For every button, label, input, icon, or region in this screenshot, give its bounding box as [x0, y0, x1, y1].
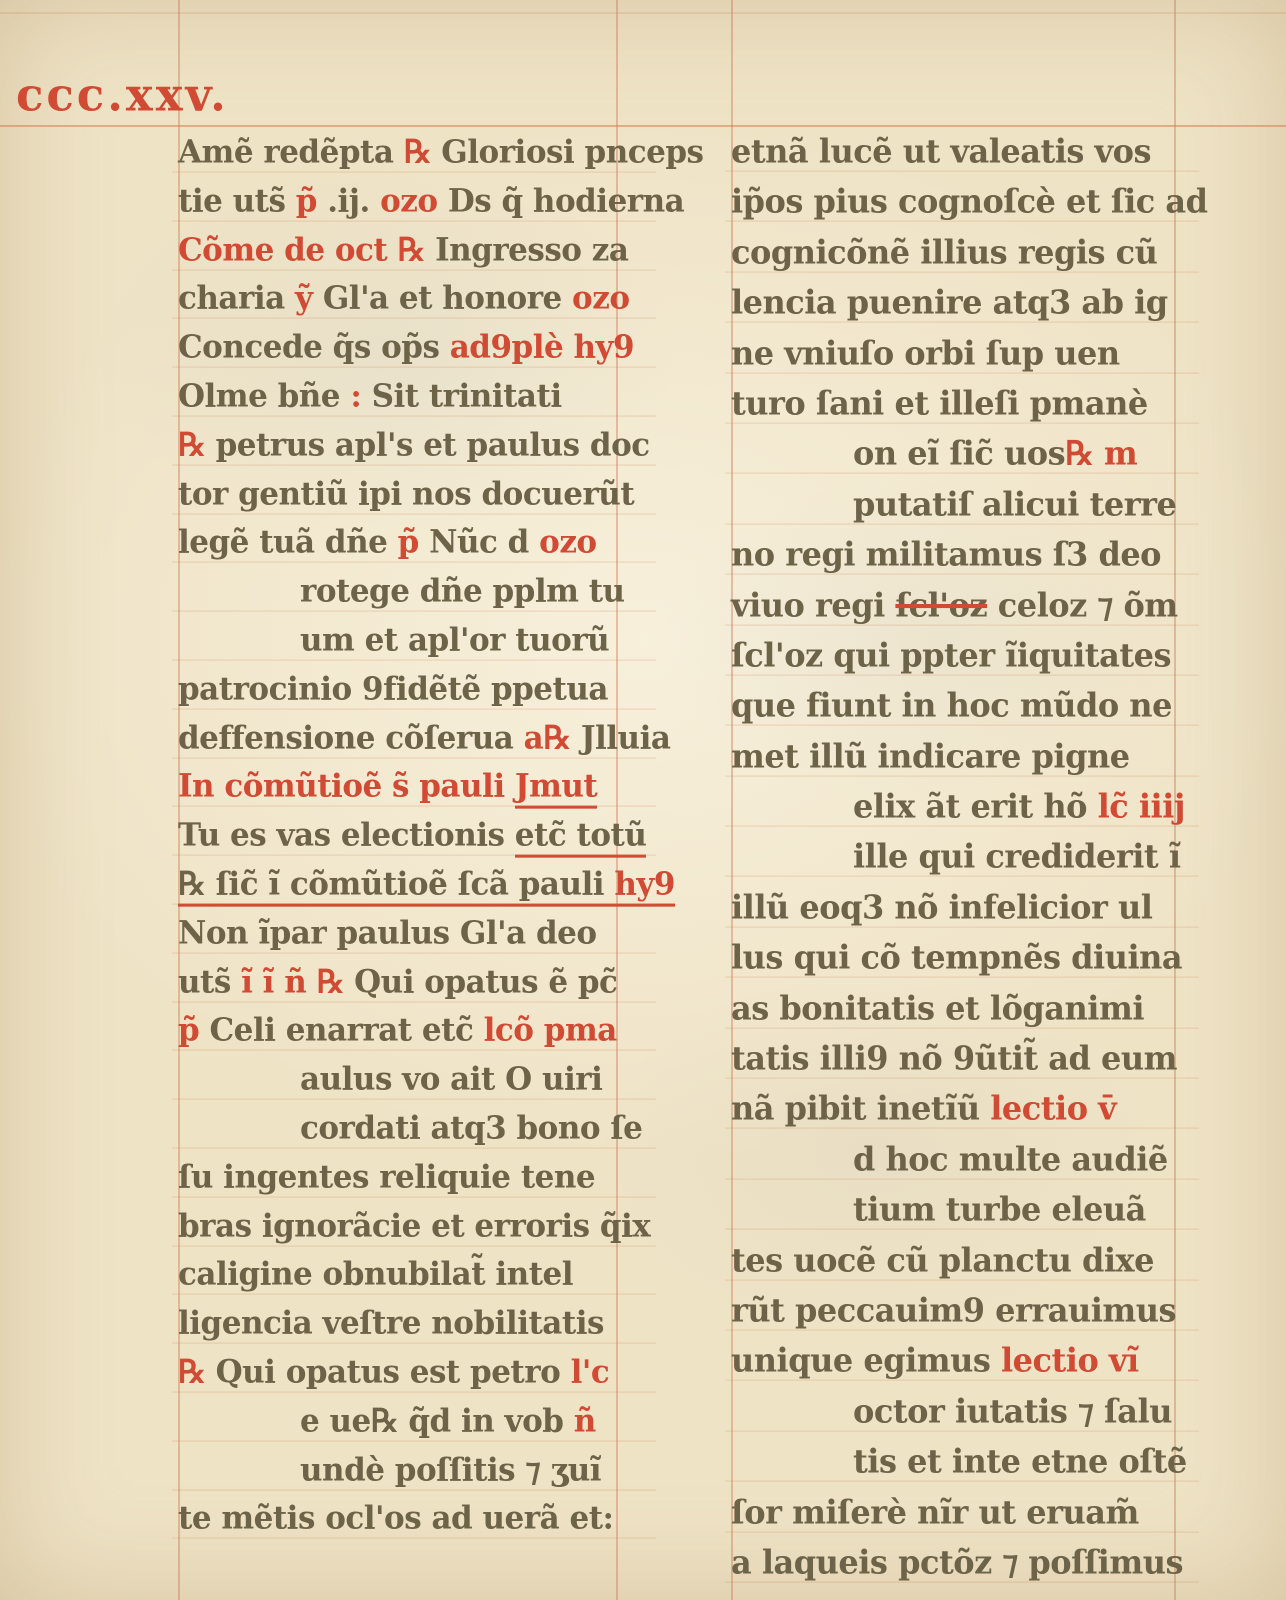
manuscript-page: ccc.xxv. Amẽ redẽpta ℞ Gloriosi pncepsti…	[0, 0, 1286, 1600]
body-text: bras ignorãcie et erroris q̃ix	[178, 1207, 650, 1244]
text-line: tor gentiũ ipi nos docuerũt	[178, 469, 640, 519]
body-text: Ds q̃ hodierna	[448, 182, 684, 219]
text-line: lencia puenire atq3 ab ig	[731, 276, 1183, 328]
text-line: d hoc multe audiẽ	[731, 1133, 1183, 1185]
text-line: met illũ indicare pigne	[731, 730, 1183, 782]
body-text: ſor miſerè nĩr ut eruam̃	[731, 1492, 1139, 1531]
body-text: unique egimus	[731, 1341, 1001, 1380]
body-text: tor gentiũ ipi nos docuerũt	[178, 475, 634, 512]
rubric-text: l'c	[571, 1353, 610, 1390]
text-line: caligine obnubilat̃ intel	[178, 1250, 640, 1300]
body-text: Tu es vas electionis	[178, 817, 515, 854]
body-text: Olme bñe	[178, 377, 350, 414]
text-line: tis et inte etne oſtẽ	[731, 1435, 1183, 1487]
body-text: que fiunt in hoc mũdo ne	[731, 686, 1172, 725]
text-line: rũt peccauim9 errauimus	[731, 1284, 1183, 1336]
body-text: nã pibit inetĩũ	[731, 1089, 990, 1128]
text-line: e ue℞ q̃d in vob ñ	[178, 1396, 640, 1446]
body-text: Non ĩpar paulus Gl'a deo	[178, 914, 597, 951]
rubric-text: :	[350, 377, 371, 414]
body-text: cognicõnẽ illius regis cũ	[731, 232, 1157, 271]
text-line: ne vniuſo orbi ſup uen	[731, 327, 1183, 379]
body-text: lencia puenire atq3 ab ig	[731, 283, 1168, 322]
text-line: no regi militamus ſ3 deo	[731, 528, 1183, 580]
rubric-text: lectio vĩ	[1001, 1341, 1139, 1380]
body-text: lus qui cõ tempnẽs diuina	[731, 938, 1182, 977]
text-line: patrocinio 9fidẽtẽ ppetua	[178, 664, 640, 714]
rubric-text: ozo	[539, 524, 596, 561]
body-text: rotege dñe pplm tu	[300, 573, 625, 610]
body-text: Sit trinitati	[372, 377, 562, 414]
folio-number: ccc.xxv.	[16, 67, 229, 121]
rubric-text: p̃	[296, 182, 327, 219]
text-line: Non ĩpar paulus Gl'a deo	[178, 908, 640, 958]
text-line: on eĩ ſic̃ uos℞ m	[731, 428, 1183, 480]
body-text: caligine obnubilat̃ intel	[178, 1256, 573, 1293]
body-text: Gl'a et honore	[323, 280, 572, 317]
text-line: um et apl'or tuorũ	[178, 615, 640, 665]
body-text: Amẽ redẽpta	[178, 133, 404, 170]
rubric-text: ĩ ĩ ñ ℞	[241, 963, 354, 1000]
body-text: um et apl'or tuorũ	[300, 621, 609, 658]
text-column-left: Amẽ redẽpta ℞ Gloriosi pncepstie uts̃ p̃…	[178, 128, 640, 1543]
text-line: turo ſani et illeſi pmanè	[731, 377, 1183, 429]
body-text: legẽ tuã dñe	[178, 524, 398, 561]
text-line: cordati atq3 bono ſe	[178, 1103, 640, 1153]
body-text: uts̃	[178, 963, 241, 1000]
rubric-text: ad9plè hy9	[450, 329, 634, 366]
text-line: cognicõnẽ illius regis cũ	[731, 226, 1183, 278]
text-line: ip̃os pius cognoſcè et ſic ad	[731, 176, 1183, 228]
body-text: met illũ indicare pigne	[731, 736, 1130, 775]
rubric-text: p̃	[178, 1012, 209, 1049]
body-text: tis et inte etne oſtẽ	[853, 1442, 1187, 1481]
body-text: Jlluia	[581, 719, 671, 756]
text-line: bras ignorãcie et erroris q̃ix	[178, 1201, 640, 1251]
body-text: ip̃os pius cognoſcè et ſic ad	[731, 182, 1207, 221]
body-text: tium turbe eleuã	[853, 1190, 1146, 1229]
text-line: Concede q̃s op̃s ad9plè hy9	[178, 322, 640, 372]
body-text: etnã lucẽ ut valeatis vos	[731, 131, 1151, 170]
rubric-text: ỹ	[295, 280, 323, 317]
rubric-text: ñ	[574, 1402, 596, 1439]
rubric-text: Jmut	[515, 768, 597, 809]
rubric-text: ℞	[404, 133, 442, 170]
text-line: te mẽtis ocl'os ad uerã et:	[178, 1494, 640, 1544]
text-line: que fiunt in hoc mũdo ne	[731, 680, 1183, 732]
body-text: ne vniuſo orbi ſup uen	[731, 333, 1120, 372]
text-line: tatis illi9 nõ 9ũtit̃ ad eum	[731, 1032, 1183, 1084]
body-text: ligencia veſtre nobilitatis	[178, 1305, 604, 1342]
body-text: no regi militamus ſ3 deo	[731, 535, 1161, 574]
text-line: ille qui crediderit ĩ	[731, 831, 1183, 883]
text-line: ℞ ſic̃ ĩ cõmũtioẽ ſcã pauli hy9	[178, 859, 640, 909]
text-line: Amẽ redẽpta ℞ Gloriosi pnceps	[178, 127, 640, 177]
text-line: rotege dñe pplm tu	[178, 566, 640, 616]
rubric-text: a℞	[524, 719, 581, 756]
body-text: ſcl'oz	[895, 585, 987, 624]
text-line: as bonitatis et lõganimi	[731, 982, 1183, 1034]
text-line: Tu es vas electionis etc̃ totũ	[178, 810, 640, 860]
body-text: d hoc multe audiẽ	[853, 1139, 1168, 1178]
body-text: ille qui crediderit ĩ	[853, 837, 1180, 876]
rubric-text: ozo	[380, 182, 448, 219]
body-text: illũ eoq3 nõ infelicior ul	[731, 887, 1152, 926]
text-line: tie uts̃ p̃ .ij. ozo Ds q̃ hodierna	[178, 176, 640, 226]
text-line: viuo regi ſcl'oz celoz ⁊ õm	[731, 579, 1183, 631]
rubric-text: hy9	[614, 865, 675, 906]
body-text: a laqueis pctõz ⁊ poſſimus	[731, 1542, 1183, 1581]
body-text: turo ſani et illeſi pmanè	[731, 383, 1148, 422]
text-line: tium turbe eleuã	[731, 1183, 1183, 1235]
rubric-text: p̃	[398, 524, 429, 561]
body-text: on eĩ ſic̃ uos	[853, 434, 1065, 473]
body-text: te mẽtis ocl'os ad uerã et:	[178, 1500, 613, 1537]
text-line: lus qui cõ tempnẽs diuina	[731, 931, 1183, 983]
text-line: unique egimus lectio vĩ	[731, 1335, 1183, 1387]
rubric-text: lectio v̄	[990, 1089, 1116, 1128]
text-line: putatiſ alicui terre	[731, 478, 1183, 530]
text-line: ſor miſerè nĩr ut eruam̃	[731, 1486, 1183, 1538]
body-text: petrus apl's et paulus doc	[216, 426, 650, 463]
text-line: ℞ petrus apl's et paulus doc	[178, 420, 640, 470]
text-line: etnã lucẽ ut valeatis vos	[731, 125, 1183, 177]
text-line: uts̃ ĩ ĩ ñ ℞ Qui opatus ẽ pc̃	[178, 957, 640, 1007]
text-line: In cõmũtioẽ s̃ pauli Jmut	[178, 762, 640, 812]
text-line: tes uocẽ cũ planctu dixe	[731, 1234, 1183, 1286]
text-line: ℞ Qui opatus est petro l'c	[178, 1347, 640, 1397]
text-line: Olme bñe : Sit trinitati	[178, 371, 640, 421]
body-text: Ingresso za	[435, 231, 628, 268]
body-text: celoz ⁊ õm	[987, 585, 1178, 624]
body-text: undè poſſitis ⁊ ʒuĩ	[300, 1451, 601, 1488]
rubric-text: lc̃ iiij	[1098, 787, 1185, 826]
body-text: tes uocẽ cũ planctu dixe	[731, 1240, 1154, 1279]
body-text: tie uts̃	[178, 182, 296, 219]
body-text: deffensione cõſerua	[178, 719, 524, 756]
body-text: Celi enarrat etc̃	[209, 1012, 483, 1049]
text-column-right: etnã lucẽ ut valeatis vosip̃os pius cogn…	[731, 126, 1183, 1587]
ruling-line-top-faint	[0, 12, 1286, 14]
body-text: Qui opatus est petro	[216, 1353, 571, 1390]
body-text: ſu ingentes reliquie tene	[178, 1158, 595, 1195]
text-line: ligencia veſtre nobilitatis	[178, 1298, 640, 1348]
text-line: octor iutatis ⁊ ſalu	[731, 1385, 1183, 1437]
body-text: elix ãt erit hõ	[853, 787, 1098, 826]
body-text: charia	[178, 280, 295, 317]
body-text: as bonitatis et lõganimi	[731, 988, 1144, 1027]
text-line: undè poſſitis ⁊ ʒuĩ	[178, 1445, 640, 1495]
text-line: legẽ tuã dñe p̃ Nũc d ozo	[178, 518, 640, 568]
body-text: patrocinio 9fidẽtẽ ppetua	[178, 670, 608, 707]
text-line: aulus vo ait O uiri	[178, 1054, 640, 1104]
text-line: charia ỹ Gl'a et honore ozo	[178, 274, 640, 324]
body-text: .ij.	[327, 182, 380, 219]
body-text: cordati atq3 bono ſe	[300, 1109, 642, 1146]
body-text: e ue℞ q̃d in vob	[300, 1402, 574, 1439]
text-line: p̃ Celi enarrat etc̃ lcõ pma	[178, 1006, 640, 1056]
body-text: viuo regi	[731, 585, 895, 624]
text-line: ſu ingentes reliquie tene	[178, 1152, 640, 1202]
body-text: rũt peccauim9 errauimus	[731, 1290, 1176, 1329]
body-text: octor iutatis ⁊ ſalu	[853, 1391, 1172, 1430]
rubric-text: Cõme de oct ℞	[178, 231, 435, 268]
rubric-text: ℞ m	[1065, 434, 1137, 473]
body-text: Qui opatus ẽ pc̃	[354, 963, 617, 1000]
text-line: a laqueis pctõz ⁊ poſſimus	[731, 1536, 1183, 1588]
rubric-text: ℞	[178, 426, 216, 463]
body-text: ſcl'oz qui ppter ĩiquitates	[731, 635, 1171, 674]
text-line: illũ eoq3 nõ infelicior ul	[731, 881, 1183, 933]
rubric-text: In cõmũtioẽ s̃ pauli	[178, 768, 515, 805]
body-text: Concede q̃s op̃s	[178, 329, 450, 366]
rubric-text: ℞	[178, 1353, 216, 1390]
body-text: Nũc d	[429, 524, 539, 561]
body-text: putatiſ alicui terre	[853, 484, 1176, 523]
text-line: nã pibit inetĩũ lectio v̄	[731, 1083, 1183, 1135]
text-line: elix ãt erit hõ lc̃ iiij	[731, 780, 1183, 832]
body-text: Gloriosi pnceps	[441, 133, 703, 170]
body-text: tatis illi9 nõ 9ũtit̃ ad eum	[731, 1038, 1177, 1077]
body-text: aulus vo ait O uiri	[300, 1061, 602, 1098]
body-text: ℞ ſic̃ ĩ cõmũtioẽ ſcã pauli	[178, 865, 614, 906]
rubric-text: ozo	[572, 280, 629, 317]
text-line: deffensione cõſerua a℞ Jlluia	[178, 713, 640, 763]
body-text: etc̃ totũ	[515, 817, 647, 858]
text-line: ſcl'oz qui ppter ĩiquitates	[731, 629, 1183, 681]
rubric-text: lcõ pma	[484, 1012, 617, 1049]
text-line: Cõme de oct ℞ Ingresso za	[178, 225, 640, 275]
